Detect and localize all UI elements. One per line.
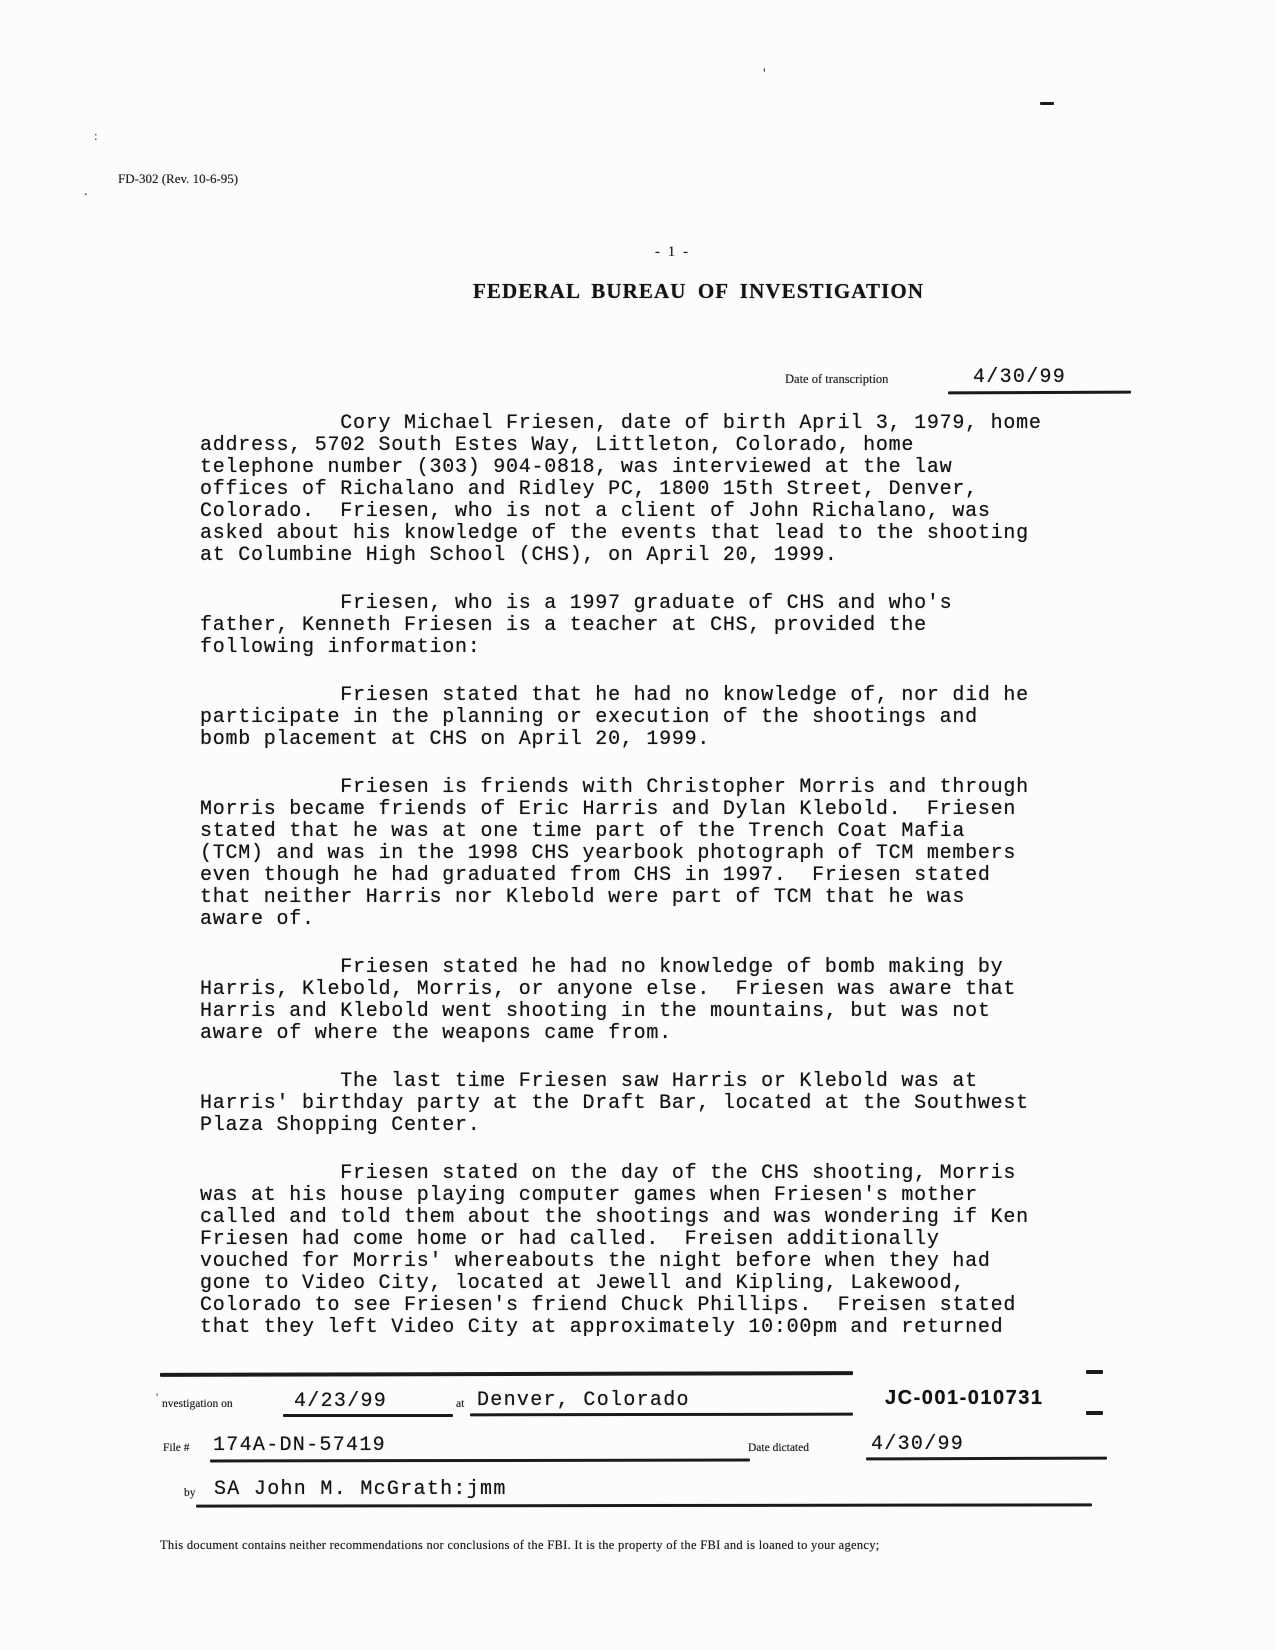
scan-artifact-colon: : <box>94 128 98 144</box>
investigation-on-label: nvestigation on <box>162 1398 233 1410</box>
scan-artifact-right-dash-bottom <box>1086 1411 1103 1415</box>
date-dictated-underline <box>866 1457 1107 1461</box>
agent-name-underline <box>196 1503 1092 1507</box>
agent-name-value: SA John M. McGrath:jmm <box>214 1478 507 1501</box>
document-control-number: JC-001-010731 <box>885 1387 1044 1410</box>
footer-disclaimer: This document contains neither recommend… <box>160 1538 880 1553</box>
at-label: at <box>456 1398 464 1410</box>
file-number-value: 174A-DN-57419 <box>213 1434 386 1457</box>
paragraph-graduate-info: Friesen, who is a 1997 graduate of CHS a… <box>200 593 1060 659</box>
paragraph-no-knowledge: Friesen stated that he had no knowledge … <box>200 685 1060 751</box>
fd302-scanned-page: ' : . FD-302 (Rev. 10-6-95) - 1 - FEDERA… <box>0 0 1275 1650</box>
investigation-date-underline <box>283 1414 453 1417</box>
paragraph-tcm-friends: Friesen is friends with Christopher Morr… <box>200 777 1060 931</box>
paragraph-subject-intro: Cory Michael Friesen, date of birth Apri… <box>200 413 1060 567</box>
paragraph-bomb-making: Friesen stated he had no knowledge of bo… <box>200 957 1060 1045</box>
transcription-date-label: Date of transcription <box>785 372 888 387</box>
by-label: by <box>184 1487 196 1499</box>
footer-separator-line <box>160 1371 853 1376</box>
investigation-date-value: 4/23/99 <box>294 1390 387 1413</box>
location-underline <box>470 1413 853 1417</box>
paragraph-day-of-shooting: Friesen stated on the day of the CHS sho… <box>200 1163 1060 1339</box>
location-value: Denver, Colorado <box>477 1389 690 1412</box>
transcription-date-value: 4/30/99 <box>973 366 1066 389</box>
narrative-body: Cory Michael Friesen, date of birth Apri… <box>200 413 1060 1365</box>
scan-artifact-period: . <box>84 184 88 200</box>
scan-artifact-dash <box>1040 102 1054 105</box>
date-dictated-value: 4/30/99 <box>871 1433 964 1456</box>
transcription-date-underline <box>948 391 1131 394</box>
page-number: - 1 - <box>655 244 690 261</box>
scan-artifact-tick: ' <box>156 1390 158 1405</box>
form-number: FD-302 (Rev. 10-6-95) <box>118 171 238 187</box>
paragraph-last-time-seen: The last time Friesen saw Harris or Kleb… <box>200 1071 1060 1137</box>
file-number-underline <box>210 1459 750 1463</box>
date-dictated-label: Date dictated <box>748 1442 809 1454</box>
scan-artifact-apostrophe: ' <box>763 66 766 83</box>
document-title: FEDERAL BUREAU OF INVESTIGATION <box>473 279 924 304</box>
scan-artifact-right-dash-top <box>1086 1370 1103 1374</box>
file-number-label: File # <box>163 1442 190 1454</box>
